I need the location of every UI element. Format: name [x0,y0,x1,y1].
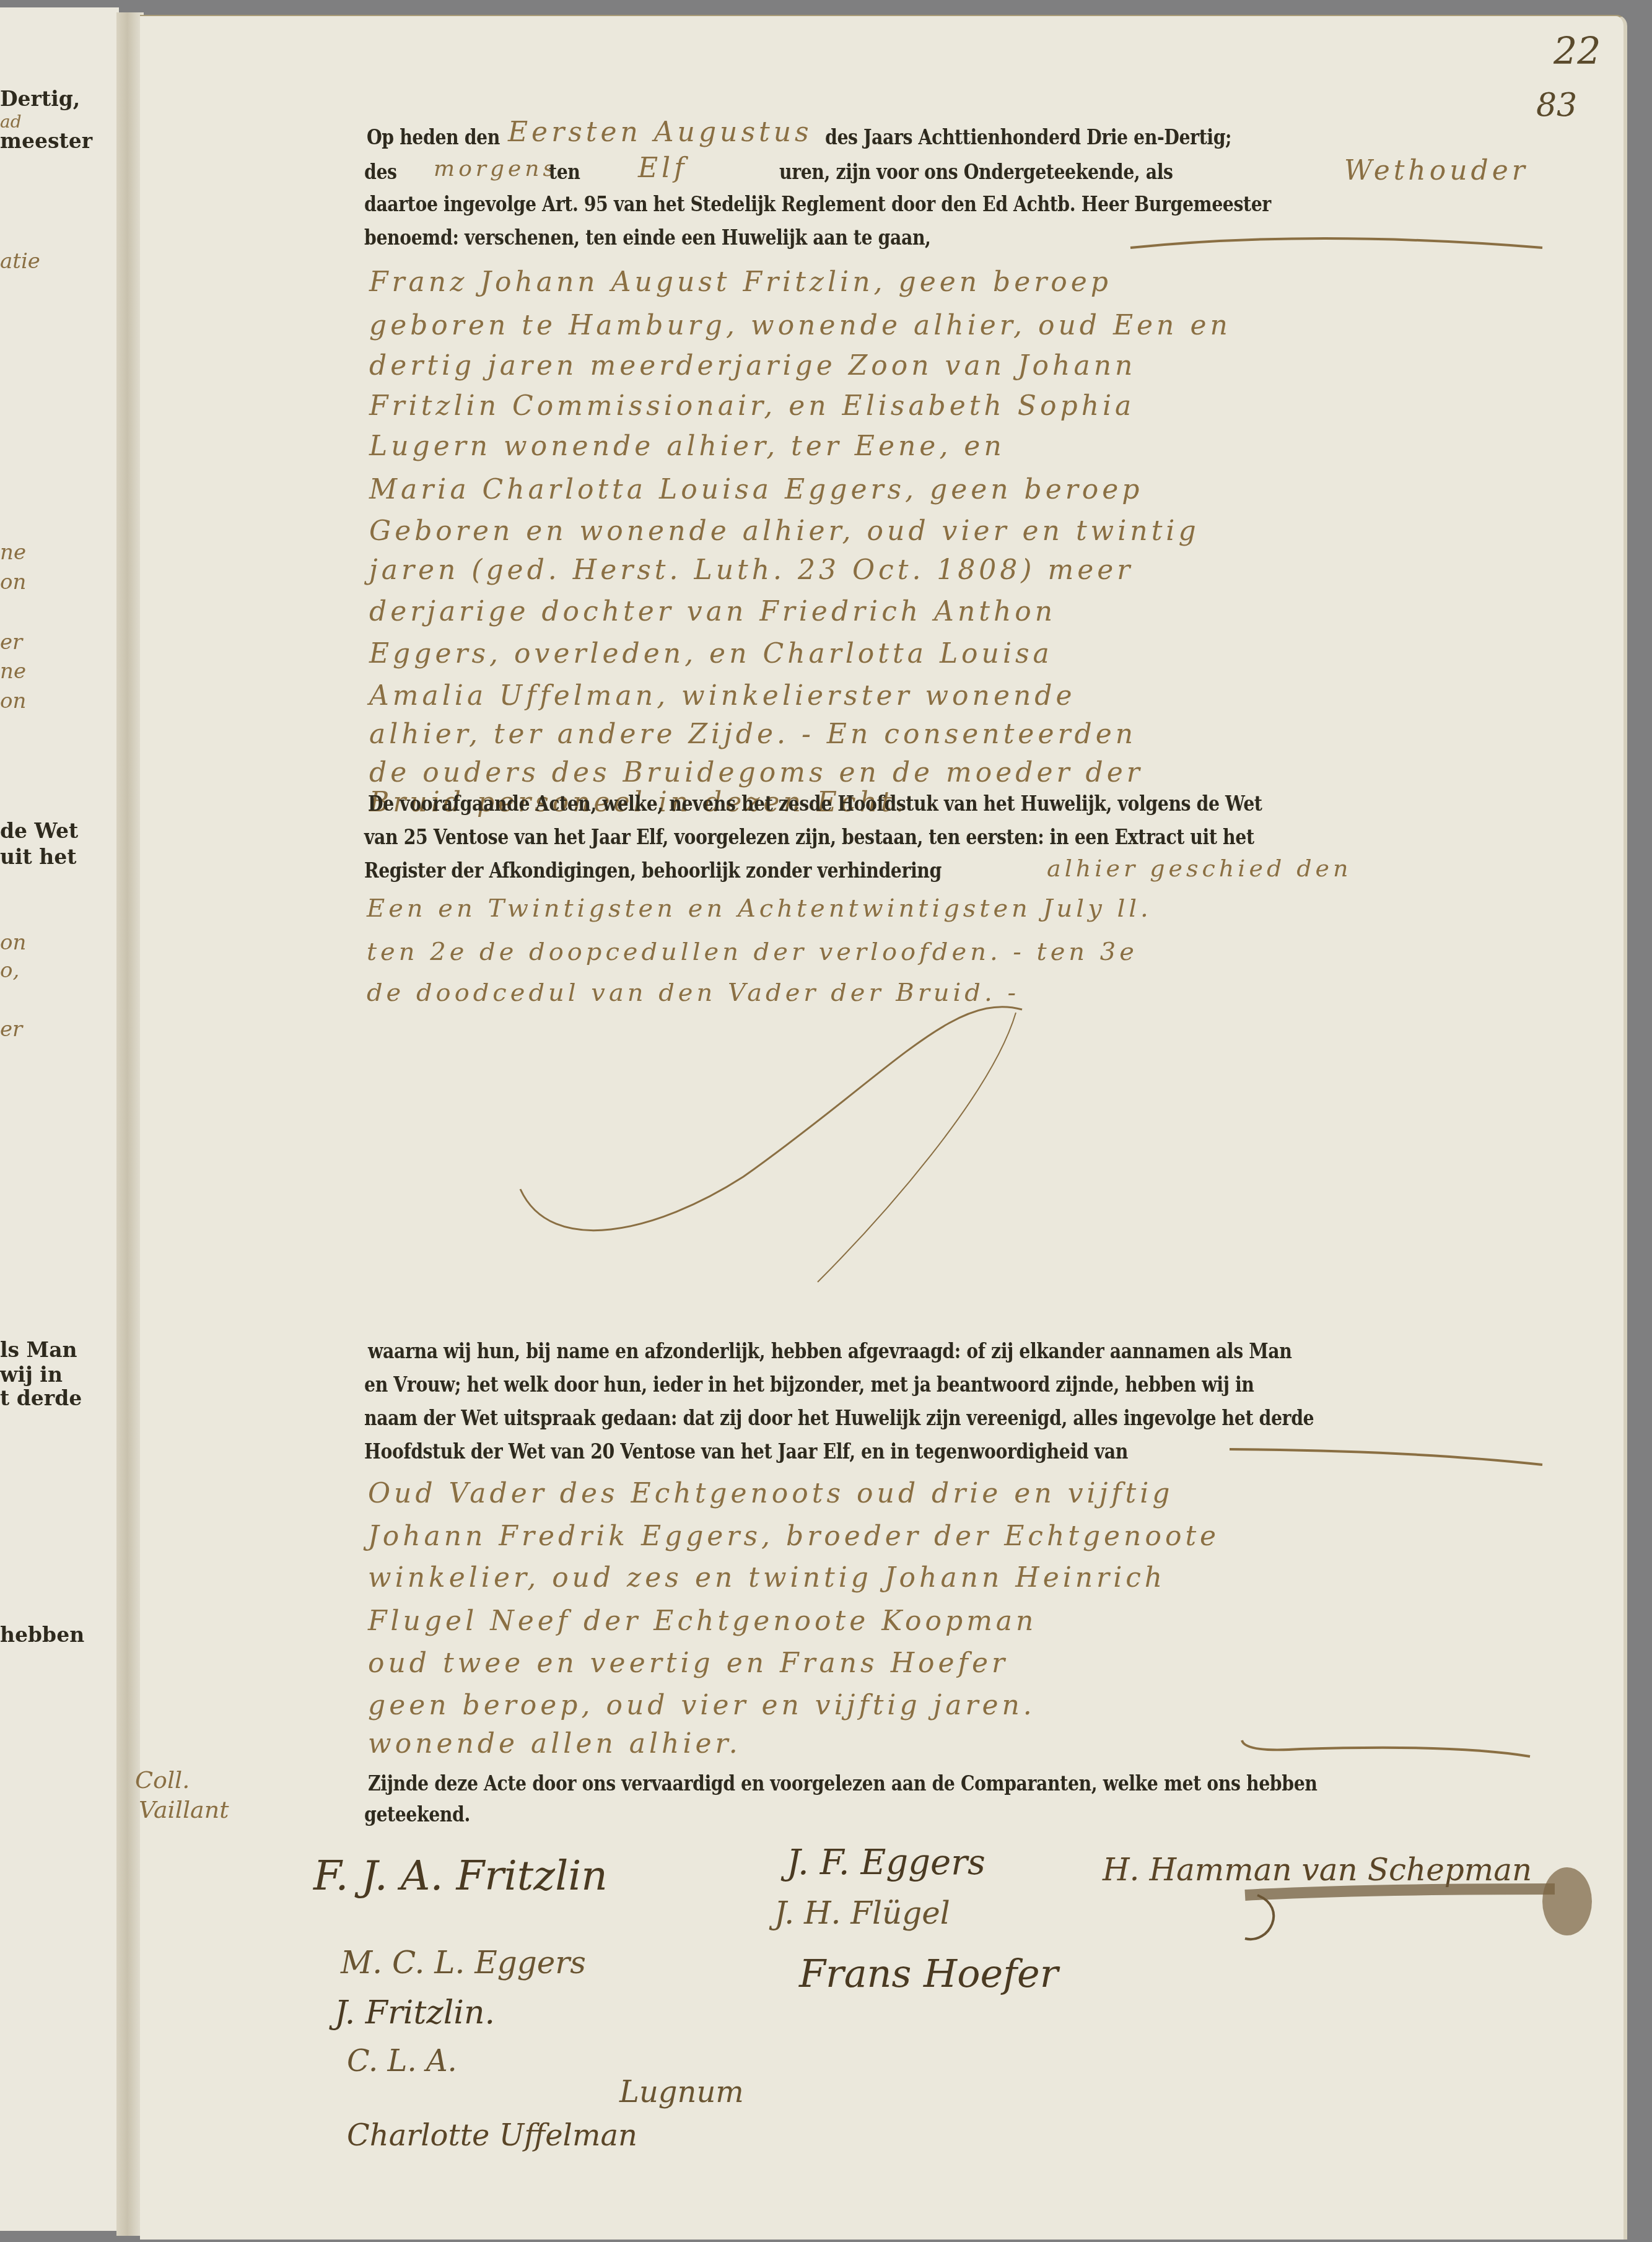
left-hand-fragment: on [0,570,26,595]
witness-line: wonende allen alhier. [368,1728,741,1760]
parties-line: Franz Johann August Fritzlin, geen beroe… [369,266,1112,298]
signature-mother-1: C. L. A. [347,2044,457,2078]
parties-line: alhier, ter andere Zijde. - En consentee… [369,718,1137,750]
parties-line: derjarige dochter van Friedrich Anthon [369,596,1056,627]
flourish-line [1239,1734,1536,1759]
acts-hand: Een en Twintigsten en Achtentwintigsten … [367,894,1152,923]
declaration-print: en Vrouw; het welk door hun, ieder in he… [364,1372,1254,1397]
signature-witness-eggers: J. F. Eggers [787,1843,986,1883]
parties-line: Maria Charlotta Louisa Eggers, geen bero… [369,474,1143,505]
left-hand-fragment: o, [0,958,19,983]
header-date-hand: Eersten Augustus [508,116,813,148]
parties-line: Geboren en wonende alhier, oud vier en t… [369,515,1200,547]
left-fragment: de Wet [0,819,78,843]
margin-note: Coll. [135,1766,190,1794]
acts-print: van 25 Ventose van het Jaar Elf, voorgel… [364,825,1254,849]
left-fragment: uit het [0,845,77,869]
witness-line: Flugel Neef der Echtgenoote Koopman [368,1605,1037,1637]
flourish-line [1226,1443,1549,1468]
left-hand-fragment: ne [0,540,26,565]
declaration-print: naam der Wet uitspraak gedaan: dat zij d… [364,1406,1314,1430]
act-number: 83 [1536,87,1577,124]
parties-line: Lugern wonende alhier, ter Eene, en [369,430,1005,462]
parties-line: de ouders des Bruidegoms en de moeder de… [369,757,1143,788]
parties-line: jaren (ged. Herst. Luth. 23 Oct. 1808) m… [369,554,1134,586]
header-print: uren, zijn voor ons Ondergeteekende, als [779,160,1173,184]
header-print: benoemd: verschenen, ten einde een Huwel… [364,225,931,250]
header-role-hand: Wethouder [1344,155,1529,186]
witness-line: Oud Vader des Echtgenoots oud drie en vi… [368,1478,1174,1509]
header-print: daartoe ingevolge Art. 95 van het Stedel… [364,192,1271,216]
witness-line: oud twee en veertig en Frans Hoefer [368,1647,1008,1679]
acts-print: De voorafgaande Acten, welke, nevens het… [368,792,1262,816]
closing-print: Zijnde deze Acte door ons vervaardigd en… [368,1771,1317,1795]
header-hour-hand: Elf [638,152,688,184]
signature-witness-hoefer: Frans Hoefer [799,1951,1058,1996]
closing-print: geteekend. [364,1802,470,1826]
header-print: des Jaars Achttienhonderd Drie en-Dertig… [825,125,1231,149]
signature-groom: F. J. A. Fritzlin [313,1852,608,1900]
left-fragment: Dertig, [0,87,80,111]
witness-line: winkelier, oud zes en twintig Johann Hei… [368,1562,1166,1594]
signature-extra: Lugnum [619,2075,744,2109]
page-number: 22 [1554,30,1601,73]
witness-line: Johann Fredrik Eggers, broeder der Echtg… [368,1520,1220,1552]
signature-bride: M. C. L. Eggers [341,1945,586,1981]
left-page: Dertig, ad meester atie ne on er ne on d… [0,7,119,2231]
declaration-print: waarna wij hun, bij name en afzonderlijk… [368,1339,1291,1363]
left-hand-fragment: er [0,1017,22,1042]
witness-line: geen beroep, oud vier en vijftig jaren. [368,1690,1036,1721]
left-fragment: ls Man [0,1338,77,1362]
header-print: des [364,160,397,184]
acts-hand: alhier geschied den [1047,855,1352,882]
left-hand-fragment: ne [0,659,26,684]
ink-blot-flourish [1233,1858,1604,1951]
header-print: Op heden den [367,125,500,149]
acts-hand: ten 2e de doopcedullen der verloofden. -… [367,938,1138,966]
left-hand-fragment: on [0,930,26,955]
signature-father: J. Fritzlin. [334,1994,495,2031]
parties-line: Fritzlin Commissionair, en Elisabeth Sop… [369,390,1135,422]
left-fragment: hebben [0,1623,84,1647]
declaration-print: Hoofdstuk der Wet van 20 Ventose van het… [364,1439,1128,1463]
parties-line: geboren te Hamburg, wonende alhier, oud … [369,310,1231,341]
signature-mother-2: Charlotte Uffelman [347,2118,637,2153]
parties-line: dertig jaren meerderjarige Zoon van Joha… [369,350,1136,382]
blank-fill-flourish [483,997,1177,1294]
left-fragment: meester [0,129,92,153]
acts-print: Register der Afkondigingen, behoorlijk z… [364,858,942,883]
parties-line: Eggers, overleden, en Charlotta Louisa [369,638,1053,670]
flourish-line [1127,229,1549,254]
signature-witness-flugel: J. H. Flügel [774,1895,950,1931]
left-fragment: wij in [0,1363,63,1387]
parties-line: Amalia Uffelman, winkelierster wonende [369,680,1076,712]
margin-note: Vaillant [139,1796,229,1823]
left-hand-fragment: on [0,689,26,713]
header-time-hand: morgens [434,156,558,181]
left-fragment: t derde [0,1386,82,1410]
header-print: ten [549,160,580,184]
left-hand-fragment: er [0,630,22,655]
left-hand-fragment: atie [0,249,40,274]
